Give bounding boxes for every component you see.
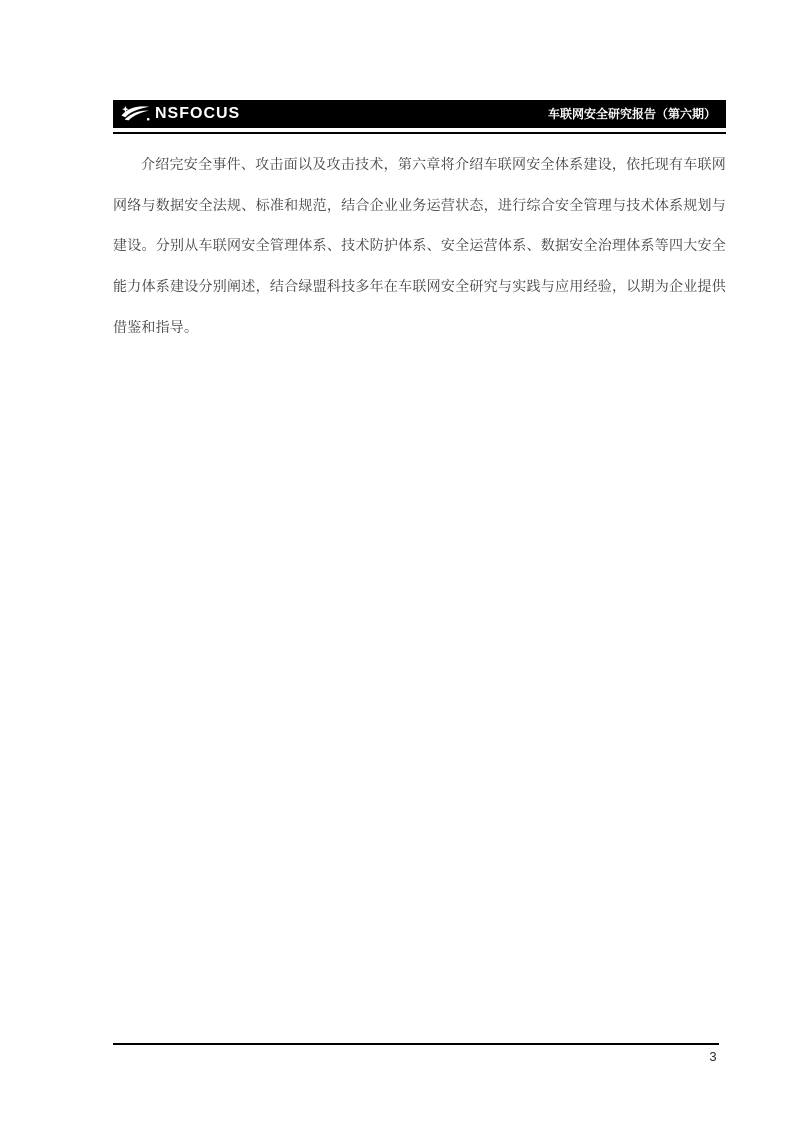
- nsfocus-bird-icon: [119, 104, 151, 124]
- nsfocus-wordmark: NSFOCUS: [155, 106, 240, 122]
- header-report-title: 车联网安全研究报告（第六期）: [548, 108, 716, 120]
- header-bar: NSFOCUS 车联网安全研究报告（第六期）: [113, 100, 726, 128]
- header-rule: [113, 132, 726, 134]
- document-page: NSFOCUS 车联网安全研究报告（第六期） 介绍完安全事件、攻击面以及攻击技术…: [0, 0, 794, 1123]
- page-number: 3: [703, 1049, 723, 1064]
- body-paragraph: 介绍完安全事件、攻击面以及攻击技术，第六章将介绍车联网安全体系建设，依托现有车联…: [113, 144, 726, 348]
- footer-rule: [113, 1043, 719, 1045]
- nsfocus-logo: NSFOCUS: [119, 104, 240, 124]
